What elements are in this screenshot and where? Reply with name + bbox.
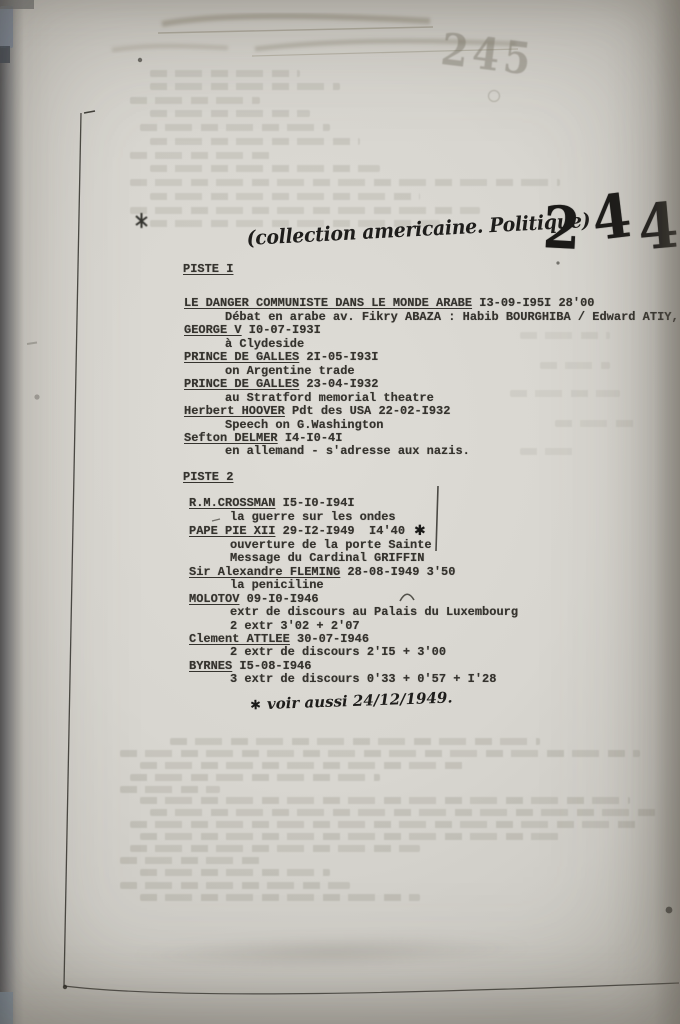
catalog-entry: LE DANGER COMMUNISTE DANS LE MONDE ARABE… — [184, 297, 679, 324]
bleedthrough-line — [120, 786, 220, 793]
book-spine — [0, 0, 24, 1024]
entry-detail: on Argentine trade — [184, 365, 679, 378]
entry-detail: Débat en arabe av. Fikry ABAZA : Habib B… — [184, 311, 679, 324]
catalog-entry: Clement ATTLEE 30-07-I9462 extr de disco… — [189, 633, 518, 660]
bleedthrough-line — [150, 110, 310, 117]
bleedthrough-line — [130, 207, 480, 214]
entry-title-line: Clement ATTLEE 30-07-I946 — [189, 633, 518, 646]
photo-corner-shadow — [0, 0, 34, 9]
bleedthrough-line — [150, 809, 660, 816]
entry-title-line: GEORGE V I0-07-I93I — [184, 324, 679, 337]
piste-heading: PISTE 2 — [183, 471, 518, 484]
entry-title-line: Sefton DELMER I4-I0-4I — [184, 432, 679, 445]
bleedthrough-line — [140, 869, 330, 876]
entry-title-line: PRINCE DE GALLES 2I-05-I93I — [184, 351, 679, 364]
bleedthrough-line — [140, 124, 330, 131]
bleedthrough-line — [150, 70, 300, 77]
bleedthrough-line — [130, 821, 640, 828]
entry-title-line: Herbert HOOVER Pdt des USA 22-02-I932 — [184, 405, 679, 418]
entry-title: Sefton DELMER — [184, 431, 278, 445]
bleedthrough-line — [140, 797, 630, 804]
entry-title: PRINCE DE GALLES — [184, 377, 299, 391]
entry-title-line: BYRNES I5-08-I946 — [189, 660, 518, 673]
entry-date-duration: 30-07-I946 — [290, 632, 369, 646]
entry-detail: 3 extr de discours 0'33 + 0'57 + I'28 — [189, 673, 518, 686]
entry-title: Sir Alexandre FLEMING — [189, 565, 340, 579]
entry-detail: la guerre sur les ondes — [189, 511, 518, 524]
entry-title: BYRNES — [189, 659, 232, 673]
entry-detail: en allemand - s'adresse aux nazis. — [184, 445, 679, 458]
catalog-entry: PAPE PIE XII 29-I2-I949 I4'40✱ouverture … — [189, 524, 518, 565]
bleedthrough-line — [130, 845, 420, 852]
handwritten-footnote: ✱voir aussi 24/12/1949. — [250, 688, 453, 713]
catalog-entry: Herbert HOOVER Pdt des USA 22-02-I932Spe… — [184, 405, 679, 432]
bleedthrough-line — [170, 738, 540, 745]
entry-detail: à Clydeside — [184, 338, 679, 351]
entry-date-duration: 29-I2-I949 I4'40 — [275, 524, 405, 538]
bleedthrough-line — [150, 83, 340, 90]
bleedthrough-line — [120, 882, 350, 889]
piste-heading: PISTE I — [183, 263, 679, 276]
entry-title: MOLOTOV — [189, 592, 239, 606]
bleedthrough-line — [140, 762, 470, 769]
footnote-text: voir aussi 24/12/1949. — [267, 688, 453, 712]
page-number-stamp: 244 — [542, 190, 679, 252]
bleedthrough-line — [120, 857, 260, 864]
catalog-entry: GEORGE V I0-07-I93Ià Clydeside — [184, 324, 679, 351]
entry-title-line: R.M.CROSSMAN I5-I0-I94I — [189, 497, 518, 510]
bleedthrough-line — [140, 833, 560, 840]
entry-date-duration: 28-08-I949 3'50 — [340, 565, 455, 579]
piste-section: PISTE 2 R.M.CROSSMAN I5-I0-I94Ila guerre… — [183, 471, 518, 687]
bleedthrough-line — [150, 193, 420, 200]
entry-date-duration: 23-04-I932 — [299, 377, 378, 391]
entry-title-line: MOLOTOV 09-I0-I946 — [189, 593, 518, 606]
entry-title: GEORGE V — [184, 323, 242, 337]
entry-detail: ouverture de la porte Sainte — [189, 539, 518, 552]
entry-date-duration: I5-I0-I94I — [275, 496, 354, 510]
entry-list: LE DANGER COMMUNISTE DANS LE MONDE ARABE… — [184, 297, 679, 458]
catalog-entry: MOLOTOV 09-I0-I946extr de discours au Pa… — [189, 593, 518, 633]
bleedthrough-line — [120, 750, 640, 757]
entry-detail: la peniciline — [189, 579, 518, 592]
ink-blot-star — [136, 213, 147, 228]
entry-title-line: Sir Alexandre FLEMING 28-08-I949 3'50 — [189, 566, 518, 579]
bleedthrough-line — [130, 152, 270, 159]
entry-detail: Speech on G.Washington — [184, 419, 679, 432]
entry-title: LE DANGER COMMUNISTE DANS LE MONDE ARABE — [184, 296, 472, 310]
asterisk-mark: ✱ — [414, 523, 426, 539]
stamp-digit: 4 — [636, 194, 680, 259]
entry-title-line: LE DANGER COMMUNISTE DANS LE MONDE ARABE… — [184, 297, 679, 310]
bleedthrough-line — [150, 138, 360, 145]
spine-patch — [0, 46, 10, 63]
entry-date-duration: I4-I0-4I — [278, 431, 343, 445]
stamp-digit: 2 — [542, 198, 582, 258]
ghost-stamp-digit: 2 — [439, 28, 471, 75]
ghost-ring-mark — [488, 90, 500, 102]
entry-detail: 2 extr de discours 2'I5 + 3'00 — [189, 646, 518, 659]
handwritten-collection-annotation: (collection americaine. Politique) — [246, 208, 591, 250]
entry-title: R.M.CROSSMAN — [189, 496, 275, 510]
entry-date-duration: I0-07-I93I — [242, 323, 321, 337]
bleedthrough-line — [150, 165, 380, 172]
entry-detail: Message du Cardinal GRIFFIN — [189, 552, 518, 565]
spine-patch — [0, 6, 13, 48]
catalog-entry: Sefton DELMER I4-I0-4Ien allemand - s'ad… — [184, 432, 679, 459]
catalog-entry: PRINCE DE GALLES 23-04-I932au Stratford … — [184, 378, 679, 405]
entry-detail: 2 extr 3'02 + 2'07 — [189, 620, 518, 633]
asterisk-mark: ✱ — [250, 698, 261, 713]
entry-title-line: PAPE PIE XII 29-I2-I949 I4'40✱ — [189, 524, 518, 538]
ghost-stamp-digit: 5 — [501, 36, 533, 83]
photo-edge-shadow — [654, 0, 680, 1024]
ghost-page-number-stamp: 245 — [439, 28, 538, 83]
bleedthrough-line — [140, 894, 420, 901]
catalog-entry: BYRNES I5-08-I9463 extr de discours 0'33… — [189, 660, 518, 687]
stamp-digit: 4 — [589, 186, 634, 250]
entry-list: R.M.CROSSMAN I5-I0-I94Ila guerre sur les… — [189, 497, 518, 686]
entry-date-duration: I5-08-I946 — [232, 659, 311, 673]
scanned-archive-page: 245 (collection americaine. Politique) 2… — [0, 0, 680, 1024]
entry-title: PAPE PIE XII — [189, 524, 275, 538]
entry-date-duration: Pdt des USA 22-02-I932 — [285, 404, 451, 418]
entry-title: Herbert HOOVER — [184, 404, 285, 418]
entry-date-duration: 2I-05-I93I — [299, 350, 378, 364]
page-curl-shadow — [52, 922, 613, 982]
bleedthrough-line — [130, 97, 260, 104]
entry-title: PRINCE DE GALLES — [184, 350, 299, 364]
entry-title-line: PRINCE DE GALLES 23-04-I932 — [184, 378, 679, 391]
ghost-stamp-digit: 4 — [470, 32, 502, 79]
entry-date-duration: I3-09-I95I 28'00 — [472, 296, 594, 310]
entry-title: Clement ATTLEE — [189, 632, 290, 646]
catalog-entry: PRINCE DE GALLES 2I-05-I93Ion Argentine … — [184, 351, 679, 378]
entry-detail: au Stratford memorial theatre — [184, 392, 679, 405]
bleedthrough-line — [130, 179, 560, 186]
bleedthrough-line — [130, 774, 380, 781]
catalog-entry: R.M.CROSSMAN I5-I0-I94Ila guerre sur les… — [189, 497, 518, 524]
spine-patch — [0, 992, 13, 1024]
piste-section: PISTE I LE DANGER COMMUNISTE DANS LE MON… — [183, 263, 679, 459]
catalog-entry: Sir Alexandre FLEMING 28-08-I949 3'50la … — [189, 566, 518, 593]
entry-date-duration: 09-I0-I946 — [239, 592, 318, 606]
entry-detail: extr de discours au Palais du Luxembourg — [189, 606, 518, 619]
